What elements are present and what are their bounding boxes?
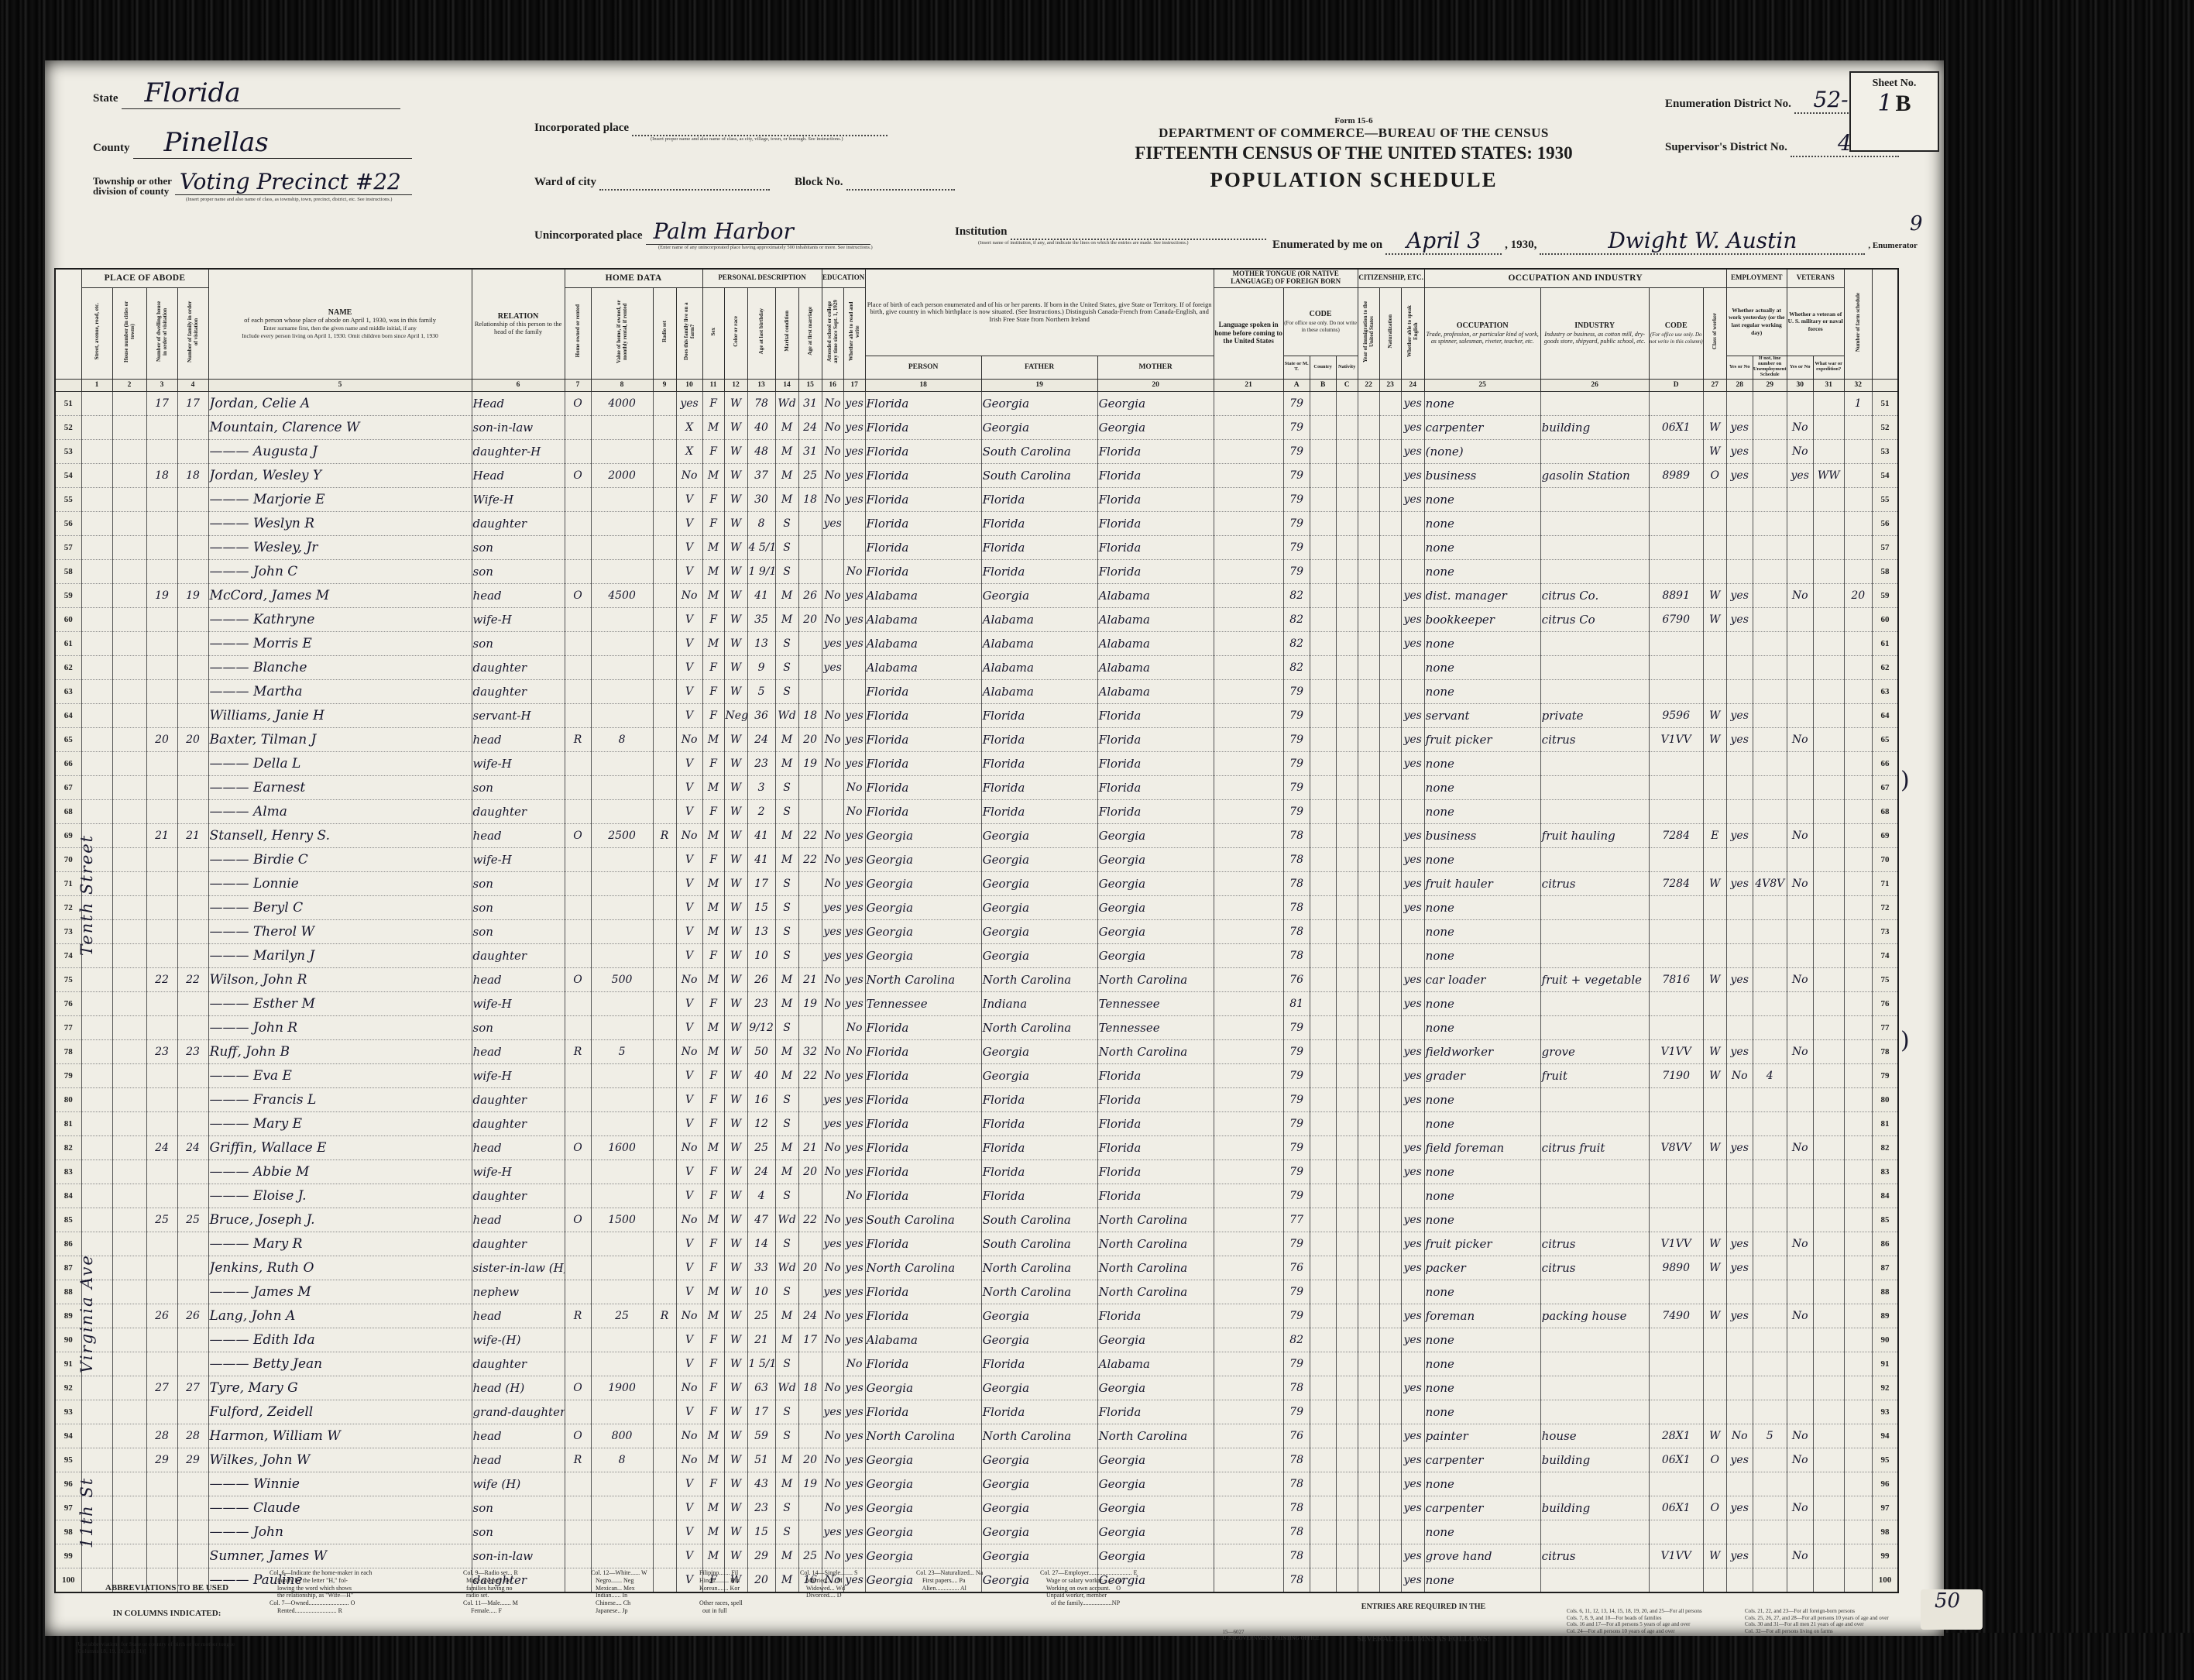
cell-c22 xyxy=(1358,1015,1379,1039)
cell-fs xyxy=(1844,679,1872,703)
cell-fam xyxy=(177,1256,208,1280)
cell-dw xyxy=(146,679,177,703)
cell-cb xyxy=(1310,1472,1336,1496)
cell-el xyxy=(1753,1015,1787,1039)
cell-mar: M xyxy=(775,1472,798,1496)
cell-race: W xyxy=(724,1256,747,1280)
cell-bm: Florida xyxy=(1097,463,1214,487)
cell-ind xyxy=(1540,655,1649,679)
cell-val: 500 xyxy=(591,967,653,991)
cell-street xyxy=(81,583,112,607)
cell-bm: North Carolina xyxy=(1097,1280,1214,1304)
cell-bp: Florida xyxy=(865,1015,981,1039)
cell-emp xyxy=(1726,799,1753,823)
cell-ind xyxy=(1540,1520,1649,1544)
cell-age: 10 xyxy=(747,943,775,967)
cell-emp xyxy=(1726,511,1753,535)
cell-rw: yes xyxy=(843,1400,865,1424)
cell-vet: No xyxy=(1787,1496,1813,1520)
cell-house xyxy=(112,1376,146,1400)
cell-rad xyxy=(653,1184,676,1208)
cell-sex: M xyxy=(702,1304,724,1328)
cell-farm: V xyxy=(676,991,702,1015)
cell-ln2: 62 xyxy=(1872,655,1898,679)
cell-race: W xyxy=(724,943,747,967)
cell-am: 25 xyxy=(798,463,822,487)
cell-cb xyxy=(1310,1063,1336,1087)
cell-eng: yes xyxy=(1401,1232,1424,1256)
cell-sex: F xyxy=(702,679,724,703)
cell-war xyxy=(1813,415,1844,439)
cell-war xyxy=(1813,1160,1844,1184)
census-row: 511717Jordan, Celie AHeadO4000yesFW78Wd3… xyxy=(55,391,1898,415)
census-row: 782323Ruff, John BheadR5NoMW50M32NoNoFlo… xyxy=(55,1039,1898,1063)
cell-house xyxy=(112,559,146,583)
cell-ln2: 86 xyxy=(1872,1232,1898,1256)
cell-dw xyxy=(146,631,177,655)
cell-c22 xyxy=(1358,607,1379,631)
cell-occ: none xyxy=(1424,1111,1540,1135)
cell-race: W xyxy=(724,391,747,415)
street-name-label: 11th St xyxy=(77,1424,104,1602)
cell-c23 xyxy=(1379,631,1401,655)
cell-cw xyxy=(1703,559,1726,583)
cell-sch xyxy=(822,679,843,703)
cell-own: O xyxy=(565,1208,591,1232)
cell-ln2: 60 xyxy=(1872,607,1898,631)
cell-c22 xyxy=(1358,1087,1379,1111)
cell-name: ——— Wesley, Jr xyxy=(208,535,472,559)
cell-rad xyxy=(653,1376,676,1400)
cell-ca: 78 xyxy=(1283,1520,1310,1544)
supervisors-district-label: Supervisor's District No. xyxy=(1665,141,1787,153)
cell-ind xyxy=(1540,919,1649,943)
cell-cb xyxy=(1310,967,1336,991)
cell-ind xyxy=(1540,391,1649,415)
cell-dw: 20 xyxy=(146,727,177,751)
cell-vet xyxy=(1787,943,1813,967)
cell-vet xyxy=(1787,1352,1813,1376)
cell-cc xyxy=(1336,1424,1358,1448)
cell-cb xyxy=(1310,1015,1336,1039)
cell-el xyxy=(1753,703,1787,727)
cell-lang xyxy=(1214,1472,1283,1496)
cell-bp: Alabama xyxy=(865,1328,981,1352)
cell-house xyxy=(112,1352,146,1376)
cell-mar: S xyxy=(775,631,798,655)
group-place-of-birth: Place of birth of each person enumerated… xyxy=(865,269,1214,356)
cell-c22 xyxy=(1358,1328,1379,1352)
county-value: Pinellas xyxy=(133,127,412,159)
cell-farm: No xyxy=(676,823,702,847)
cell-lang xyxy=(1214,1376,1283,1400)
cell-bm: Florida xyxy=(1097,511,1214,535)
cell-bf: Georgia xyxy=(981,943,1097,967)
cell-ln: 54 xyxy=(55,463,81,487)
cell-val xyxy=(591,1160,653,1184)
cell-emp xyxy=(1726,1400,1753,1424)
cell-occ: fruit picker xyxy=(1424,727,1540,751)
cell-occ: none xyxy=(1424,391,1540,415)
cell-house xyxy=(112,1135,146,1160)
marital-label: Marital condition xyxy=(784,310,790,352)
incorporated-note: (Insert proper name and also name of cla… xyxy=(651,136,888,142)
cell-c23 xyxy=(1379,967,1401,991)
state-field: State Florida xyxy=(93,77,400,109)
cell-bf: Alabama xyxy=(981,655,1097,679)
cell-sch: No xyxy=(822,463,843,487)
cell-cd xyxy=(1649,775,1703,799)
cell-sch xyxy=(822,799,843,823)
cell-war xyxy=(1813,1087,1844,1111)
cell-vet xyxy=(1787,1376,1813,1400)
cell-sch: yes xyxy=(822,919,843,943)
cell-am: 31 xyxy=(798,439,822,463)
cell-el xyxy=(1753,535,1787,559)
cell-c23 xyxy=(1379,559,1401,583)
cell-sch: No xyxy=(822,1376,843,1400)
cell-race: W xyxy=(724,823,747,847)
cell-sex: M xyxy=(702,1448,724,1472)
cell-war xyxy=(1813,1256,1844,1280)
cell-cc xyxy=(1336,703,1358,727)
cell-farm: V xyxy=(676,1496,702,1520)
cell-bm: Florida xyxy=(1097,1087,1214,1111)
cell-occ: carpenter xyxy=(1424,1448,1540,1472)
cell-ca: 76 xyxy=(1283,1424,1310,1448)
census-row: 83——— Abbie Mwife-HVFW24M20NoyesFloridaF… xyxy=(55,1160,1898,1184)
cell-ln: 60 xyxy=(55,607,81,631)
cell-race: W xyxy=(724,631,747,655)
cell-occ: car loader xyxy=(1424,967,1540,991)
cell-mar: M xyxy=(775,847,798,871)
cell-c23 xyxy=(1379,439,1401,463)
cell-rw: yes xyxy=(843,1135,865,1160)
cell-mar: S xyxy=(775,1400,798,1424)
cell-street xyxy=(81,1160,112,1184)
cell-name: Wilkes, John W xyxy=(208,1448,472,1472)
cell-bf: Florida xyxy=(981,727,1097,751)
cell-name: Baxter, Tilman J xyxy=(208,727,472,751)
cell-mar: S xyxy=(775,559,798,583)
incorporated-label: Incorporated place xyxy=(534,122,629,134)
cell-cw xyxy=(1703,1015,1726,1039)
cell-c22 xyxy=(1358,535,1379,559)
cell-cc xyxy=(1336,1328,1358,1352)
cell-street xyxy=(81,1087,112,1111)
cell-sex: M xyxy=(702,967,724,991)
cell-rel: son-in-law xyxy=(472,415,565,439)
cell-race: W xyxy=(724,799,747,823)
cell-cb xyxy=(1310,487,1336,511)
cell-rw: yes xyxy=(843,895,865,919)
cell-dw xyxy=(146,1256,177,1280)
cell-dw: 18 xyxy=(146,463,177,487)
cell-am xyxy=(798,559,822,583)
speak-english-label: Whether able to speak English xyxy=(1406,298,1419,365)
cell-age: 4 5/12 xyxy=(747,535,775,559)
cell-cc xyxy=(1336,1376,1358,1400)
cell-farm: V xyxy=(676,1184,702,1208)
cell-ln2: 92 xyxy=(1872,1376,1898,1400)
cell-farm: V xyxy=(676,1328,702,1352)
cell-farm: No xyxy=(676,1039,702,1063)
cell-race: W xyxy=(724,535,747,559)
cell-sch: No xyxy=(822,967,843,991)
cell-ca: 78 xyxy=(1283,847,1310,871)
incorporated-value-blank xyxy=(632,121,888,136)
cell-el xyxy=(1753,415,1787,439)
cell-rw: yes xyxy=(843,631,865,655)
cell-name: ——— Abbie M xyxy=(208,1160,472,1184)
cell-cw xyxy=(1703,799,1726,823)
cell-fam: 17 xyxy=(177,391,208,415)
cell-bm: Florida xyxy=(1097,1111,1214,1135)
cell-dw: 24 xyxy=(146,1135,177,1160)
code-note: (For office use only. Do not write in th… xyxy=(1284,320,1357,333)
cell-rw: No xyxy=(843,775,865,799)
cell-rad xyxy=(653,1232,676,1256)
cell-c23 xyxy=(1379,1111,1401,1135)
cell-am xyxy=(798,1232,822,1256)
cell-war xyxy=(1813,655,1844,679)
col-14-header: Marital condition xyxy=(775,287,798,379)
cell-rad xyxy=(653,1472,676,1496)
veterans-desc: Whether a veteran of U. S. military or n… xyxy=(1788,311,1843,332)
cell-war xyxy=(1813,1352,1844,1376)
cell-el xyxy=(1753,1520,1787,1544)
cell-vet xyxy=(1787,895,1813,919)
cell-emp xyxy=(1726,535,1753,559)
cell-rw: yes xyxy=(843,583,865,607)
cell-own xyxy=(565,1087,591,1111)
sheet-number-box: Sheet No. 1 B xyxy=(1849,71,1939,152)
cell-mar: S xyxy=(775,1015,798,1039)
cell-fs xyxy=(1844,847,1872,871)
cell-bf: Georgia xyxy=(981,1472,1097,1496)
cell-own xyxy=(565,895,591,919)
cell-c22 xyxy=(1358,679,1379,703)
cell-age: 33 xyxy=(747,1256,775,1280)
cell-ln2: 95 xyxy=(1872,1448,1898,1472)
cell-house xyxy=(112,391,146,415)
group-occupation-industry: OCCUPATION AND INDUSTRY xyxy=(1424,269,1726,287)
cell-cd xyxy=(1649,631,1703,655)
cell-cb xyxy=(1310,751,1336,775)
cell-c22 xyxy=(1358,559,1379,583)
group-education: EDUCATION xyxy=(822,269,865,287)
cell-ind xyxy=(1540,1111,1649,1135)
cell-am xyxy=(798,871,822,895)
cell-occ: none xyxy=(1424,511,1540,535)
cell-rad: R xyxy=(653,823,676,847)
cell-c22 xyxy=(1358,1280,1379,1304)
cell-rel: daughter xyxy=(472,511,565,535)
cell-el: 4 xyxy=(1753,1063,1787,1087)
cell-c23 xyxy=(1379,535,1401,559)
cell-occ: none xyxy=(1424,1087,1540,1111)
cell-own xyxy=(565,535,591,559)
cell-rw: No xyxy=(843,1015,865,1039)
cell-ca: 78 xyxy=(1283,919,1310,943)
cell-house xyxy=(112,607,146,631)
cell-cb xyxy=(1310,1448,1336,1472)
cell-rad xyxy=(653,895,676,919)
cell-ln2: 91 xyxy=(1872,1352,1898,1376)
cell-eng xyxy=(1401,655,1424,679)
cell-occ: none xyxy=(1424,1520,1540,1544)
cell-rw: yes xyxy=(843,1472,865,1496)
cell-c23 xyxy=(1379,895,1401,919)
census-row: 63——— MarthadaughterVFW5SFloridaAlabamaA… xyxy=(55,679,1898,703)
cell-farm: V xyxy=(676,1400,702,1424)
cell-lang xyxy=(1214,1448,1283,1472)
cell-ln2: 67 xyxy=(1872,775,1898,799)
cell-c22 xyxy=(1358,1424,1379,1448)
cell-eng: yes xyxy=(1401,487,1424,511)
cell-occ: none xyxy=(1424,1280,1540,1304)
cell-cd xyxy=(1649,991,1703,1015)
col-number: 18 xyxy=(865,379,981,391)
cell-sex: M xyxy=(702,871,724,895)
cell-house xyxy=(112,1472,146,1496)
cell-occ: packer xyxy=(1424,1256,1540,1280)
cell-bf: Georgia xyxy=(981,1496,1097,1520)
cell-cd: V1VV xyxy=(1649,1039,1703,1063)
cell-cd xyxy=(1649,1376,1703,1400)
cell-cd xyxy=(1649,1280,1703,1304)
cell-name: ——— Claude xyxy=(208,1496,472,1520)
cell-war xyxy=(1813,487,1844,511)
cell-own: O xyxy=(565,463,591,487)
cell-rel: son xyxy=(472,1496,565,1520)
cell-emp xyxy=(1726,1015,1753,1039)
cell-el xyxy=(1753,1496,1787,1520)
cell-bm: Florida xyxy=(1097,1184,1214,1208)
cell-dw xyxy=(146,607,177,631)
cell-val: 4000 xyxy=(591,391,653,415)
census-row: 72——— Beryl CsonVMW15SyesyesGeorgiaGeorg… xyxy=(55,895,1898,919)
cell-sex: M xyxy=(702,1520,724,1544)
col-number: 29 xyxy=(1753,379,1787,391)
cell-rad xyxy=(653,751,676,775)
cell-fam xyxy=(177,1184,208,1208)
cell-rw: yes xyxy=(843,703,865,727)
cell-vet: No xyxy=(1787,1304,1813,1328)
cell-own: O xyxy=(565,391,591,415)
cell-eng: yes xyxy=(1401,871,1424,895)
col-2-header: House number (in cities or towns) xyxy=(112,287,146,379)
employment-desc: Whether actually at work yesterday (or t… xyxy=(1729,307,1785,336)
cell-cb xyxy=(1310,655,1336,679)
cell-cw: W xyxy=(1703,967,1726,991)
cell-rad xyxy=(653,559,676,583)
cell-fs xyxy=(1844,511,1872,535)
cell-cw: W xyxy=(1703,1304,1726,1328)
cell-ca: 78 xyxy=(1283,871,1310,895)
cell-vet xyxy=(1787,1328,1813,1352)
department-title: DEPARTMENT OF COMMERCE—BUREAU OF THE CEN… xyxy=(1036,125,1671,141)
group-home-data: HOME DATA xyxy=(565,269,702,287)
cell-rad xyxy=(653,1087,676,1111)
cell-occ: none xyxy=(1424,991,1540,1015)
cell-lang xyxy=(1214,847,1283,871)
cell-house xyxy=(112,1160,146,1184)
cell-bm: Georgia xyxy=(1097,1472,1214,1496)
cell-street xyxy=(81,535,112,559)
cell-el: 4V8V xyxy=(1753,871,1787,895)
cell-eng: yes xyxy=(1401,439,1424,463)
cell-rw: yes xyxy=(843,967,865,991)
cell-am xyxy=(798,895,822,919)
cell-war xyxy=(1813,1376,1844,1400)
census-row: 77——— John RsonVMW9/12SNoFloridaNorth Ca… xyxy=(55,1015,1898,1039)
cell-am: 22 xyxy=(798,1208,822,1232)
cell-el xyxy=(1753,919,1787,943)
cell-ca: 82 xyxy=(1283,631,1310,655)
cell-sch: yes xyxy=(822,655,843,679)
cell-ln2: 56 xyxy=(1872,511,1898,535)
cell-name: ——— Therol W xyxy=(208,919,472,943)
cell-name: ——— Francis L xyxy=(208,1087,472,1111)
cell-val: 8 xyxy=(591,727,653,751)
cell-rw: yes xyxy=(843,991,865,1015)
cell-rel: sister-in-law (H) xyxy=(472,1256,565,1280)
county-label: County xyxy=(93,142,130,154)
cell-cb xyxy=(1310,1232,1336,1256)
cell-bp: Florida xyxy=(865,1087,981,1111)
cell-sch: yes xyxy=(822,631,843,655)
cell-fam xyxy=(177,655,208,679)
industry-desc: Industry or business, as cotton mill, dr… xyxy=(1544,331,1646,345)
relation-desc: Relationship of this person to the head … xyxy=(475,320,562,335)
cell-ind xyxy=(1540,511,1649,535)
cell-rad xyxy=(653,415,676,439)
cell-fam xyxy=(177,799,208,823)
cell-emp: yes xyxy=(1726,871,1753,895)
cell-vet xyxy=(1787,559,1813,583)
footer-text-block: Col. 6—Indicate the home-maker in each f… xyxy=(270,1569,372,1615)
cell-name: ——— Mary R xyxy=(208,1232,472,1256)
cell-mar: M xyxy=(775,1135,798,1160)
cell-fs xyxy=(1844,895,1872,919)
cell-farm: V xyxy=(676,1015,702,1039)
cell-eng xyxy=(1401,1111,1424,1135)
cell-fs xyxy=(1844,799,1872,823)
cell-c22 xyxy=(1358,895,1379,919)
township-field: Township or other division of county Vot… xyxy=(93,169,412,202)
census-row: 84——— Eloise J.daughterVFW4SNoFloridaFlo… xyxy=(55,1184,1898,1208)
col-25-header: OCCUPATION Trade, profession, or particu… xyxy=(1424,287,1540,379)
cell-dw: 17 xyxy=(146,391,177,415)
cell-c22 xyxy=(1358,511,1379,535)
col-number: D xyxy=(1649,379,1703,391)
cell-cw xyxy=(1703,1280,1726,1304)
enumerated-label: Enumerated by me on xyxy=(1272,239,1382,251)
cell-el xyxy=(1753,1376,1787,1400)
cell-c22 xyxy=(1358,1039,1379,1063)
cell-fam xyxy=(177,1400,208,1424)
cell-cb xyxy=(1310,1160,1336,1184)
cell-cd: V1VV xyxy=(1649,1232,1703,1256)
cell-eng: yes xyxy=(1401,1135,1424,1160)
cell-rw xyxy=(843,511,865,535)
cell-emp xyxy=(1726,655,1753,679)
cell-fs xyxy=(1844,1256,1872,1280)
cell-vet xyxy=(1787,655,1813,679)
abbr-title-2: IN COLUMNS INDICATED: xyxy=(76,1609,258,1620)
cell-dw xyxy=(146,1328,177,1352)
